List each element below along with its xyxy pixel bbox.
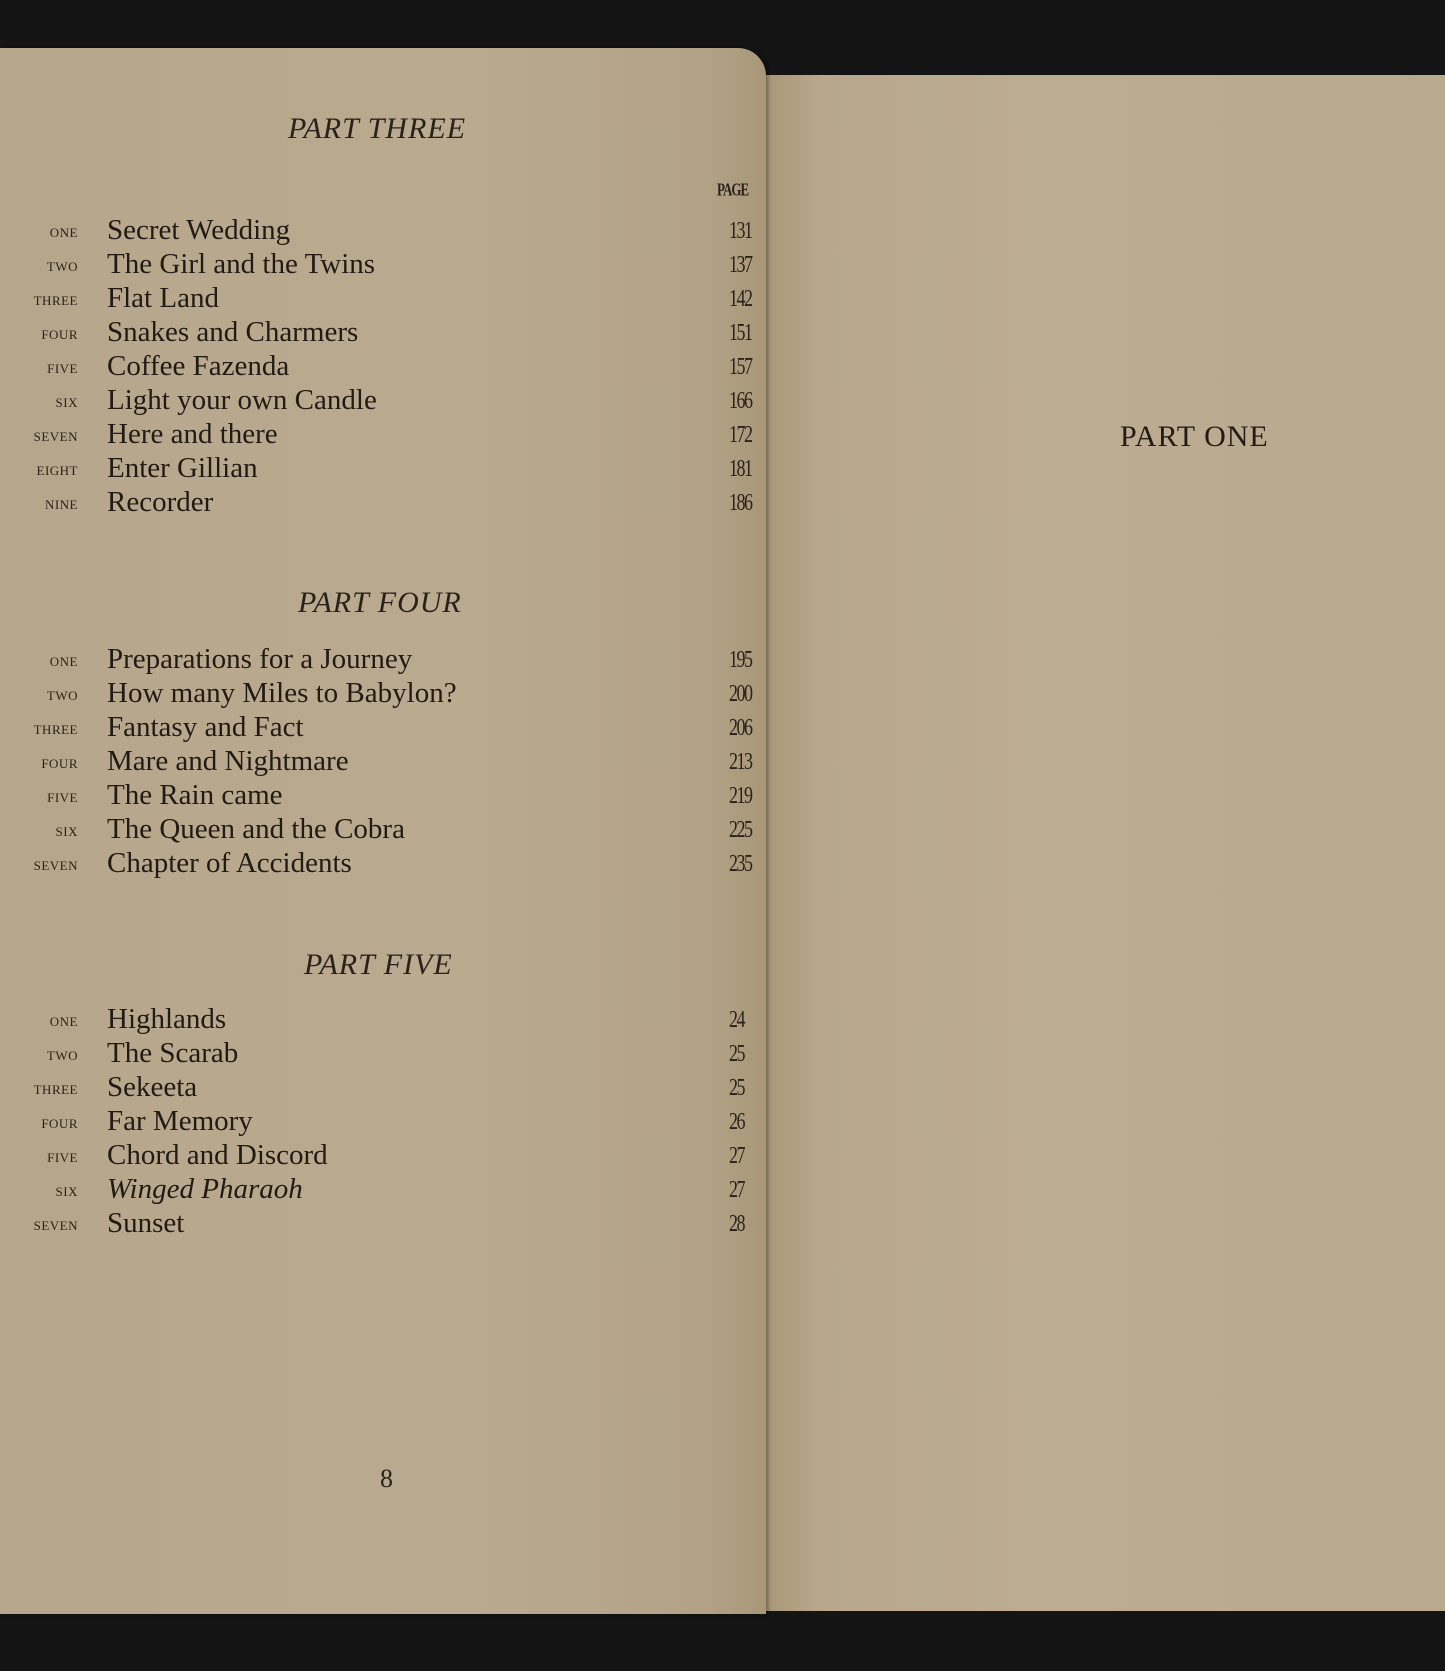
- chapter-number: THREE: [34, 718, 78, 740]
- chapter-page: 172: [729, 422, 756, 449]
- part-four-toc: ONEPreparations for a Journey195 TWOHow …: [0, 643, 766, 881]
- chapter-number: SEVEN: [34, 854, 78, 876]
- part-one-heading: PART ONE: [1120, 420, 1269, 454]
- chapter-page: 131: [729, 218, 756, 245]
- chapter-title: The Queen and the Cobra: [107, 813, 405, 846]
- toc-row[interactable]: THREESekeeta25: [0, 1071, 766, 1105]
- chapter-number: THREE: [34, 1078, 78, 1100]
- toc-row[interactable]: THREEFantasy and Fact206: [0, 711, 766, 745]
- part-five-heading: PART FIVE: [304, 948, 453, 982]
- chapter-title: Fantasy and Fact: [107, 711, 304, 744]
- chapter-number: SIX: [56, 820, 78, 842]
- chapter-title: Chapter of Accidents: [107, 847, 352, 880]
- chapter-page: 25: [729, 1041, 756, 1068]
- chapter-page: 219: [729, 783, 756, 810]
- chapter-page: 181: [729, 456, 756, 483]
- toc-row[interactable]: SIXWinged Pharaoh27: [0, 1173, 766, 1207]
- chapter-number: THREE: [34, 289, 78, 311]
- toc-row[interactable]: FIVECoffee Fazenda157: [0, 350, 766, 384]
- part-three-toc: ONESecret Wedding131 TWOThe Girl and the…: [0, 214, 766, 520]
- chapter-page: 213: [729, 749, 756, 776]
- chapter-number: SEVEN: [34, 425, 78, 447]
- chapter-number: TWO: [47, 684, 78, 706]
- chapter-number: FOUR: [41, 752, 78, 774]
- toc-row[interactable]: FIVEChord and Discord27: [0, 1139, 766, 1173]
- toc-row[interactable]: EIGHTEnter Gillian181: [0, 452, 766, 486]
- chapter-page: 24: [729, 1007, 756, 1034]
- chapter-page: 26: [729, 1109, 756, 1136]
- chapter-title: Winged Pharaoh: [107, 1173, 303, 1206]
- chapter-page: 166: [729, 388, 756, 415]
- chapter-number: TWO: [47, 255, 78, 277]
- chapter-number: FIVE: [47, 1146, 78, 1168]
- chapter-page: 186: [729, 490, 756, 517]
- chapter-number: FOUR: [41, 323, 78, 345]
- chapter-title: Preparations for a Journey: [107, 643, 412, 676]
- chapter-title: Coffee Fazenda: [107, 350, 289, 383]
- toc-row[interactable]: NINERecorder186: [0, 486, 766, 520]
- chapter-page: 195: [729, 647, 756, 674]
- chapter-number: SIX: [56, 1180, 78, 1202]
- page-number: 8: [380, 1464, 393, 1494]
- toc-row[interactable]: SEVENChapter of Accidents235: [0, 847, 766, 881]
- chapter-title: Sunset: [107, 1207, 184, 1240]
- toc-row[interactable]: TWOThe Scarab25: [0, 1037, 766, 1071]
- toc-row[interactable]: FOURFar Memory26: [0, 1105, 766, 1139]
- toc-row[interactable]: ONESecret Wedding131: [0, 214, 766, 248]
- chapter-number: FOUR: [41, 1112, 78, 1134]
- chapter-number: TWO: [47, 1044, 78, 1066]
- toc-row[interactable]: TWOThe Girl and the Twins137: [0, 248, 766, 282]
- chapter-page: 25: [729, 1075, 756, 1102]
- chapter-page: 206: [729, 715, 756, 742]
- chapter-number: NINE: [45, 493, 78, 515]
- chapter-title: Secret Wedding: [107, 214, 290, 247]
- chapter-number: ONE: [50, 1010, 78, 1032]
- chapter-page: 151: [729, 320, 756, 347]
- chapter-title: Flat Land: [107, 282, 219, 315]
- toc-row[interactable]: ONEPreparations for a Journey195: [0, 643, 766, 677]
- chapter-page: 235: [729, 851, 756, 878]
- chapter-page: 27: [729, 1143, 756, 1170]
- chapter-page: 225: [729, 817, 756, 844]
- chapter-title: Sekeeta: [107, 1071, 197, 1104]
- chapter-title: Light your own Candle: [107, 384, 377, 417]
- chapter-title: Recorder: [107, 486, 213, 519]
- toc-row[interactable]: SEVENHere and there172: [0, 418, 766, 452]
- part-three-heading: PART THREE: [288, 112, 466, 146]
- spread-content: PART THREE PAGE ONESecret Wedding131 TWO…: [0, 0, 1445, 1671]
- chapter-title: The Scarab: [107, 1037, 238, 1070]
- toc-row[interactable]: FIVEThe Rain came219: [0, 779, 766, 813]
- chapter-number: FIVE: [47, 357, 78, 379]
- toc-row[interactable]: TWOHow many Miles to Babylon?200: [0, 677, 766, 711]
- toc-row[interactable]: SIXThe Queen and the Cobra225: [0, 813, 766, 847]
- chapter-title: Highlands: [107, 1003, 226, 1036]
- chapter-title: Here and there: [107, 418, 278, 451]
- toc-row[interactable]: FOURSnakes and Charmers151: [0, 316, 766, 350]
- chapter-number: ONE: [50, 221, 78, 243]
- page-column-label: PAGE: [717, 179, 748, 201]
- chapter-title: Enter Gillian: [107, 452, 258, 485]
- toc-row[interactable]: FOURMare and Nightmare213: [0, 745, 766, 779]
- chapter-title: Snakes and Charmers: [107, 316, 358, 349]
- chapter-page: 27: [729, 1177, 756, 1204]
- chapter-page: 137: [729, 252, 756, 279]
- toc-row[interactable]: ONEHighlands24: [0, 1003, 766, 1037]
- chapter-number: SIX: [56, 391, 78, 413]
- chapter-page: 157: [729, 354, 756, 381]
- toc-row[interactable]: SEVENSunset28: [0, 1207, 766, 1241]
- chapter-page: 200: [729, 681, 756, 708]
- chapter-title: The Rain came: [107, 779, 283, 812]
- part-five-toc: ONEHighlands24 TWOThe Scarab25 THREESeke…: [0, 1003, 766, 1241]
- chapter-title: Chord and Discord: [107, 1139, 328, 1172]
- chapter-number: FIVE: [47, 786, 78, 808]
- toc-row[interactable]: SIXLight your own Candle166: [0, 384, 766, 418]
- chapter-title: Mare and Nightmare: [107, 745, 349, 778]
- chapter-title: Far Memory: [107, 1105, 253, 1138]
- part-four-heading: PART FOUR: [298, 586, 462, 620]
- chapter-title: The Girl and the Twins: [107, 248, 375, 281]
- chapter-number: ONE: [50, 650, 78, 672]
- chapter-page: 142: [729, 286, 756, 313]
- chapter-page: 28: [729, 1211, 756, 1238]
- chapter-title: How many Miles to Babylon?: [107, 677, 457, 710]
- chapter-number: EIGHT: [37, 459, 79, 481]
- chapter-number: SEVEN: [34, 1214, 78, 1236]
- toc-row[interactable]: THREEFlat Land142: [0, 282, 766, 316]
